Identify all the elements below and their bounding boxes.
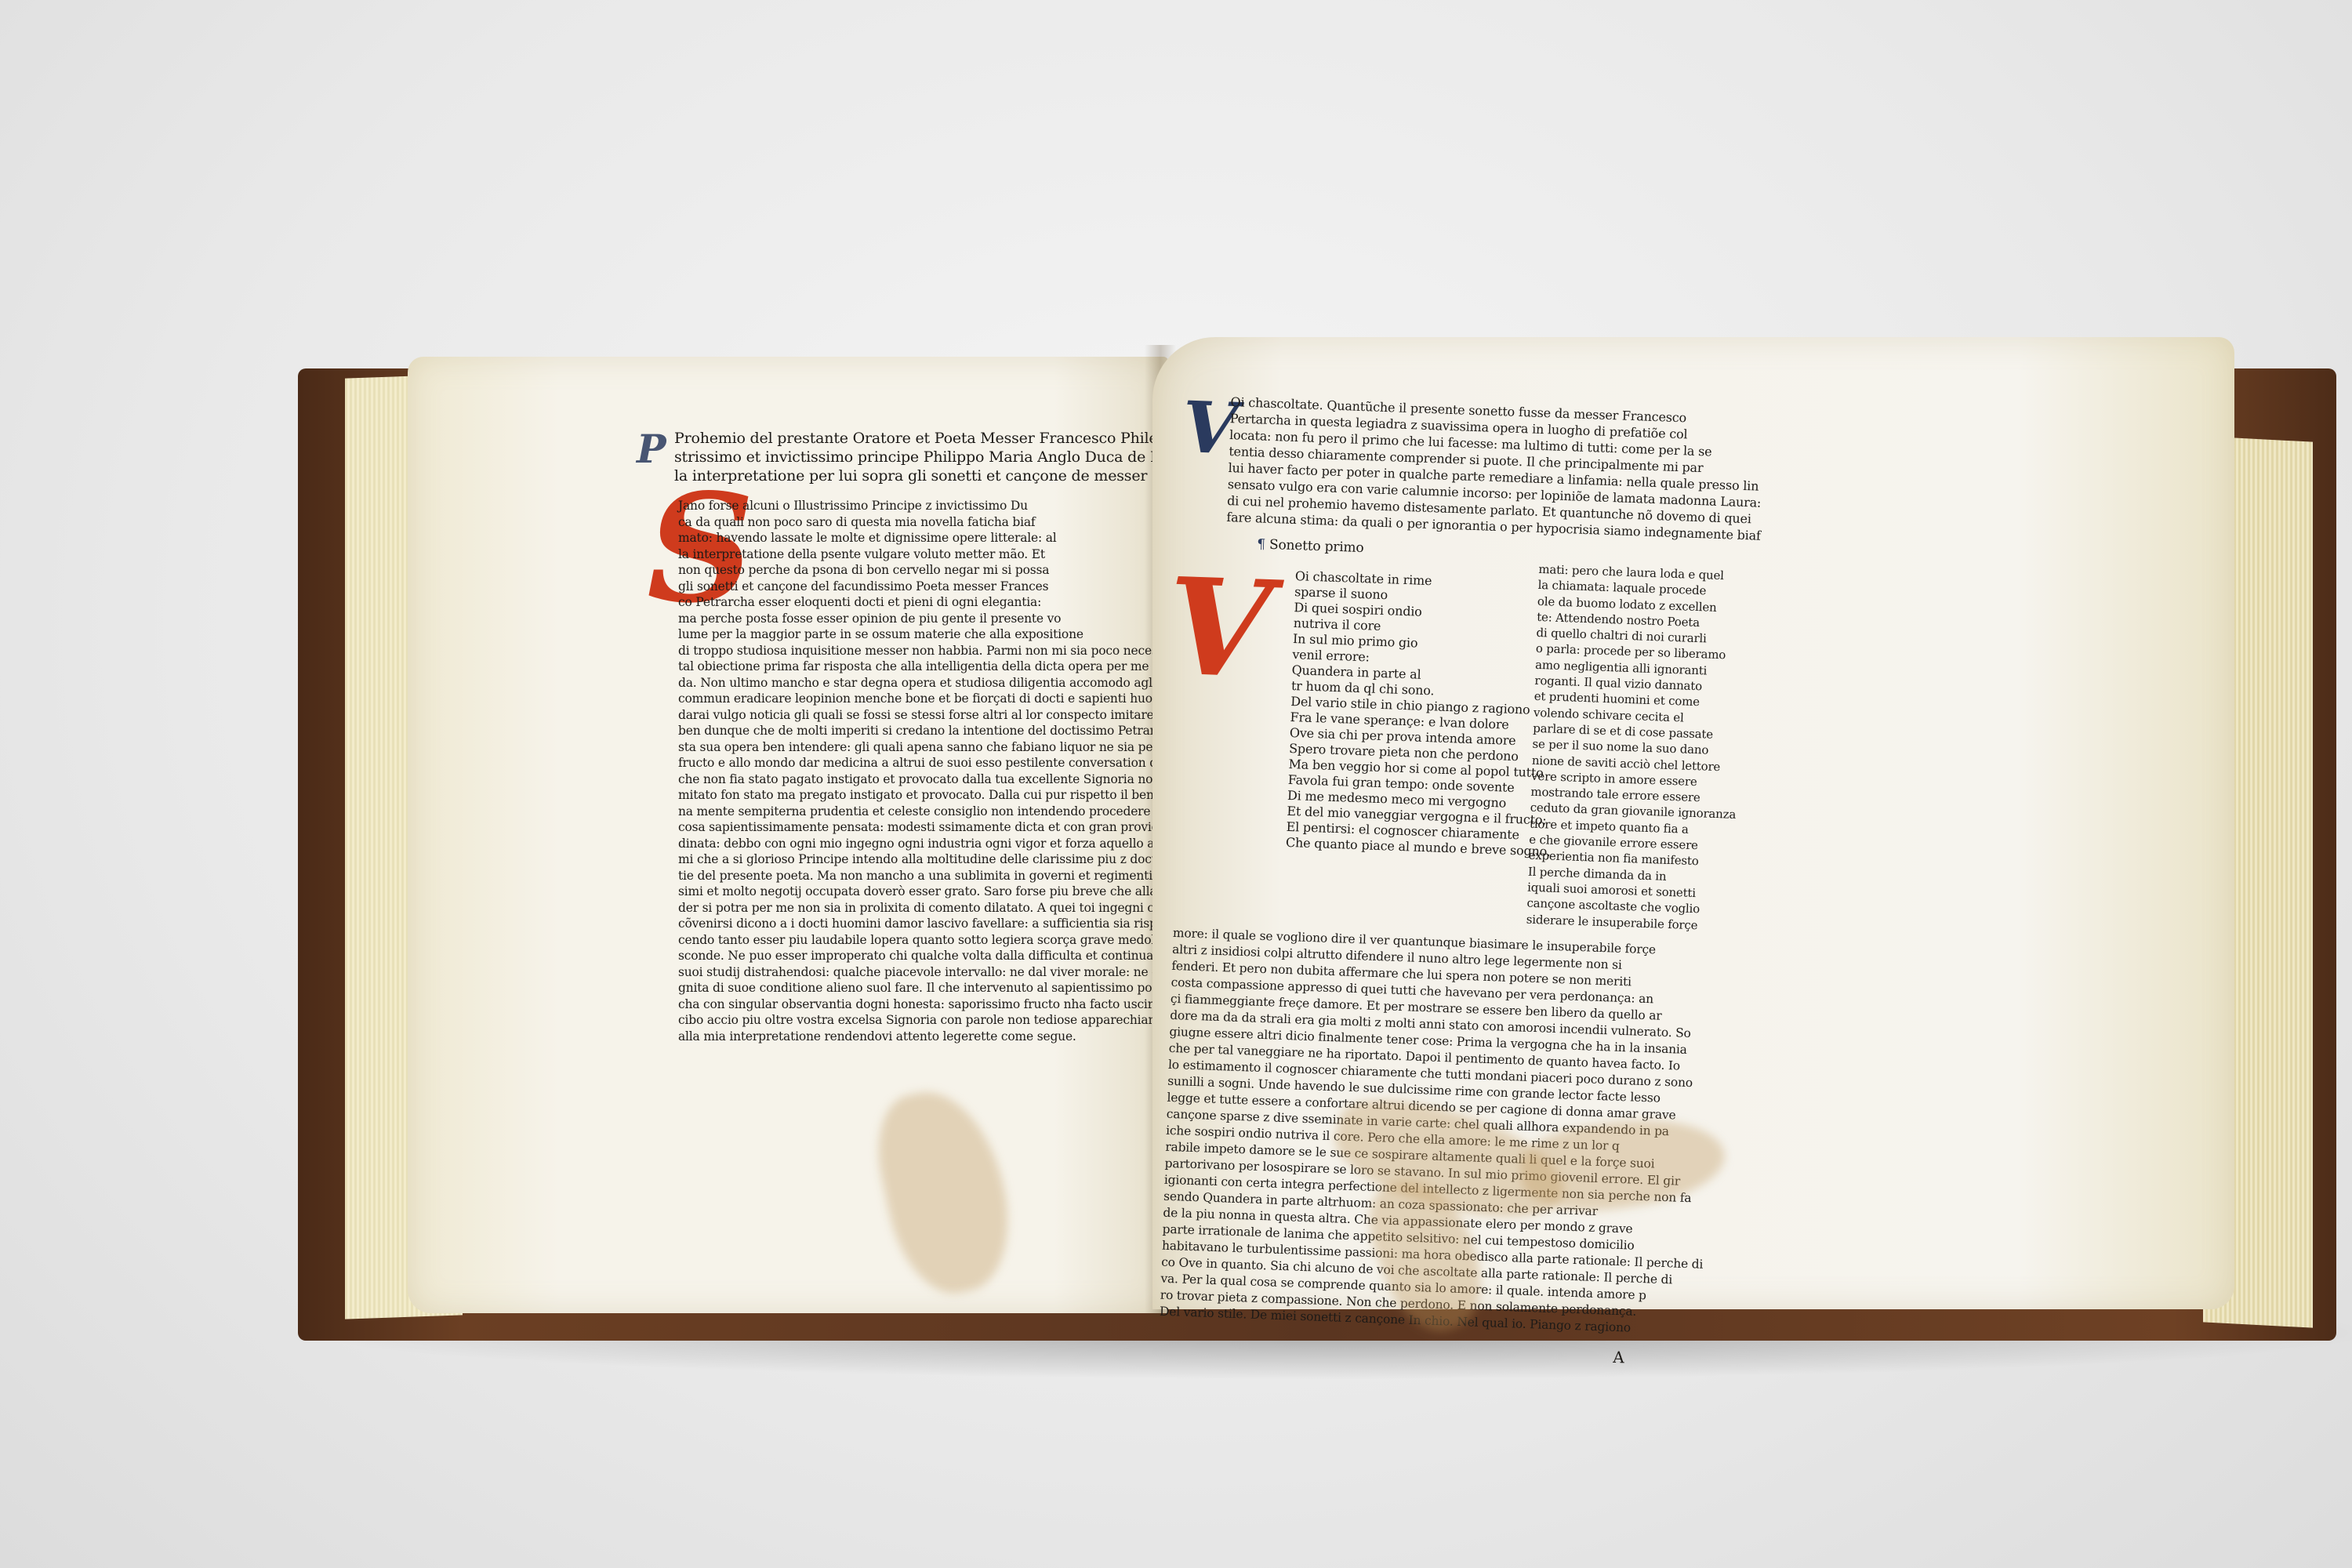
red-initial-v: V (1166, 561, 1274, 697)
sonnet-label-text: Sonetto primo (1269, 537, 1364, 556)
left-page: P Prohemio del prestante Oratore et Poet… (408, 357, 1168, 1313)
sonnet-primo: Oi chascoltate in rimesparse il suonoDi … (1286, 568, 1560, 860)
signature-mark: A (1613, 1348, 1624, 1366)
commentary-top: Oi chascoltate. Quantũche il presente so… (1226, 394, 1765, 544)
paragraph-mark: ¶ (1257, 536, 1270, 553)
commentary-side-column: mati: pero che laura loda e quella chiam… (1526, 561, 1744, 935)
